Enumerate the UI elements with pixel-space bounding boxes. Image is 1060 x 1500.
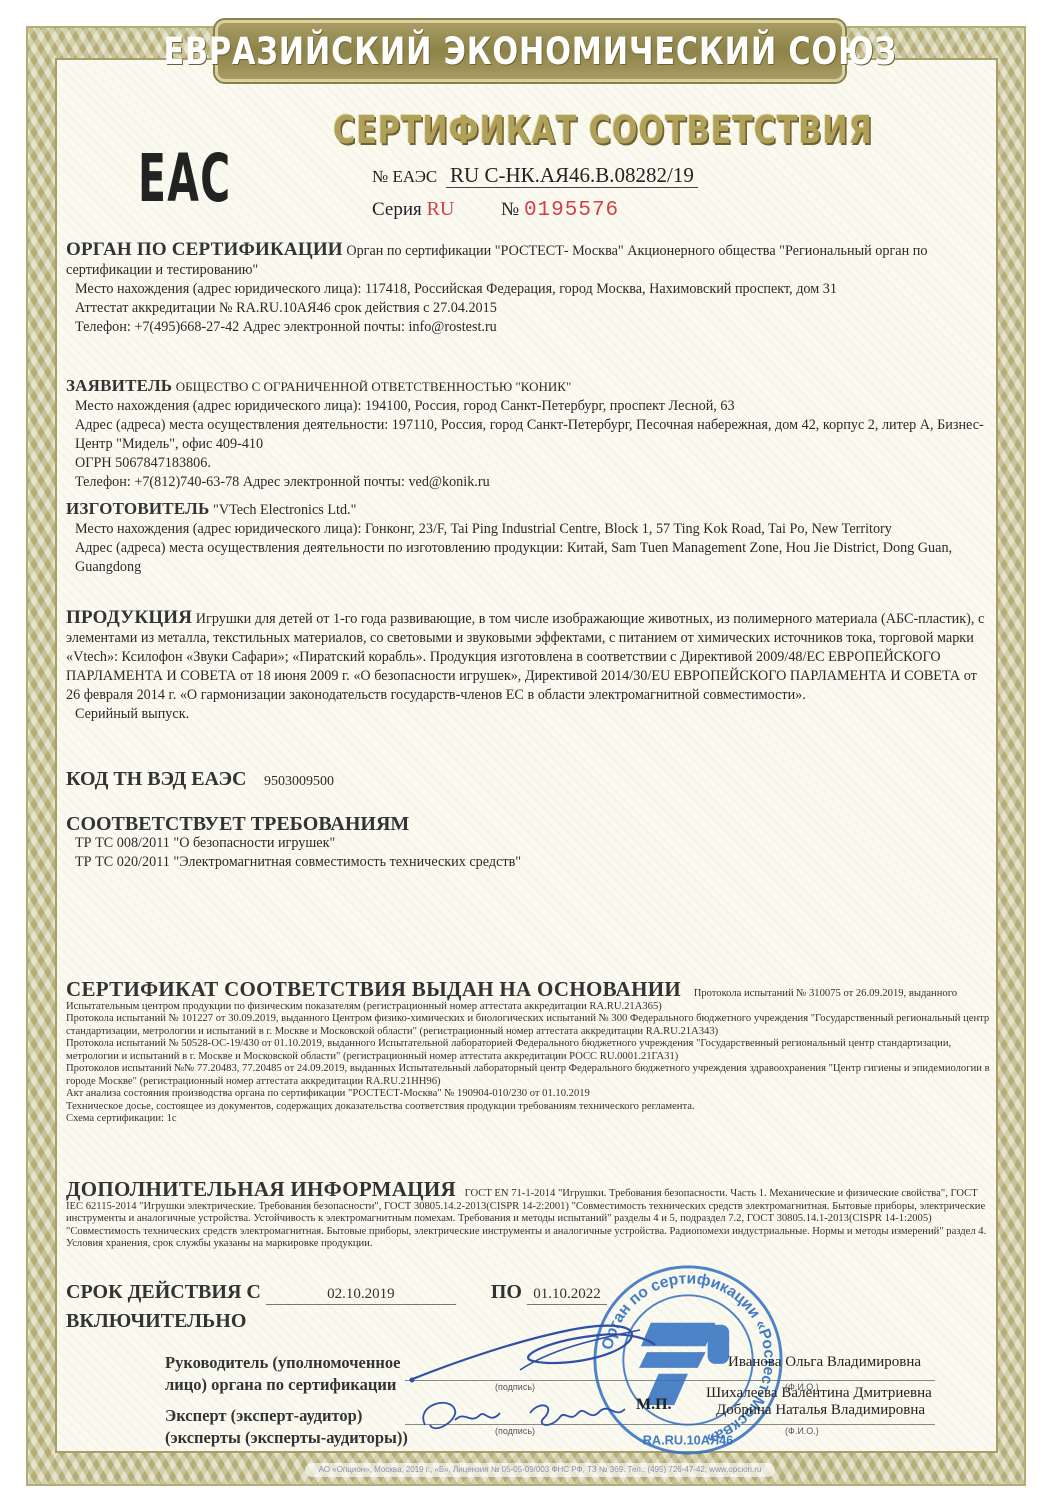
head-name: Иванова Ольга Владимировна [728, 1354, 921, 1371]
basis-scheme: Схема сертификации: 1с [66, 1113, 991, 1126]
applicant-legal-address: Место нахождения (адрес юридического лиц… [66, 397, 986, 416]
series-label: Серия [372, 199, 422, 220]
expert-signature-icon [410, 1395, 650, 1445]
certificate-number: № ЕАЭС RU С-НК.АЯ46.В.08282/19 [372, 163, 698, 188]
additional-info-heading: ДОПОЛНИТЕЛЬНАЯ ИНФОРМАЦИЯ [66, 1177, 456, 1201]
basis-protocol: Протокола испытаний № 101227 от 30.09.20… [66, 1013, 991, 1038]
product-section: ПРОДУКЦИЯ Игрушки для детей от 1-го года… [66, 608, 986, 724]
expert-name: Шихалеева Валентина Дмитриевна [706, 1385, 932, 1402]
certification-body-section: ОРГАН ПО СЕРТИФИКАЦИИ Орган по сертифика… [66, 240, 986, 337]
hs-code-value: 9503009500 [264, 774, 334, 789]
applicant-heading: ЗАЯВИТЕЛЬ [66, 376, 172, 395]
applicant-name: ОБЩЕСТВО С ОГРАНИЧЕННОЙ ОТВЕТСТВЕННОСТЬЮ… [176, 379, 572, 394]
hs-code-heading: КОД ТН ВЭД ЕАЭС [66, 768, 247, 790]
basis-technical-file: Техническое досье, состоящее из документ… [66, 1101, 991, 1114]
manufacturer-production-address: Адрес (адреса) места осуществления деяте… [66, 539, 986, 577]
union-banner-text: ЕВРАЗИЙСКИЙ ЭКОНОМИЧЕСКИЙ СОЮЗ [163, 30, 896, 73]
basis-protocol: Протоколов испытаний №№ 77.20483, 77.204… [66, 1063, 991, 1088]
certification-body-address: Место нахождения (адрес юридического лиц… [66, 280, 986, 299]
additional-info-section: ДОПОЛНИТЕЛЬНАЯ ИНФОРМАЦИЯ ГОСТ EN 71-1-2… [66, 1183, 991, 1251]
validity-from-label: СРОК ДЕЙСТВИЯ С [66, 1281, 261, 1303]
manufacturer-legal-address: Место нахождения (адрес юридического лиц… [66, 520, 986, 539]
certification-body-heading: ОРГАН ПО СЕРТИФИКАЦИИ [66, 239, 343, 260]
basis-heading: СЕРТИФИКАТ СООТВЕТСТВИЯ ВЫДАН НА ОСНОВАН… [66, 977, 681, 1001]
hs-code-section: КОД ТН ВЭД ЕАЭС 9503009500 [66, 770, 986, 791]
expert-signatory-label: Эксперт (эксперт-аудитор) (эксперты (экс… [165, 1405, 408, 1449]
product-description: Игрушки для детей от 1-го года развивающ… [66, 611, 984, 703]
certificate-number-value: RU С-НК.АЯ46.В.08282/19 [446, 163, 698, 188]
eac-logo: ЕАС [138, 140, 231, 217]
certification-body-contacts: Телефон: +7(495)668-27-42 Адрес электрон… [66, 318, 986, 337]
expert-name: Добрина Наталья Владимировна [716, 1402, 925, 1419]
basis-production-analysis: Акт анализа состояния производства орган… [66, 1088, 991, 1101]
union-banner: ЕВРАЗИЙСКИЙ ЭКОНОМИЧЕСКИЙ СОЮЗ [215, 20, 845, 82]
stamp-code: RA.RU.10АЯ46 [643, 1432, 734, 1447]
basis-section: СЕРТИФИКАТ СООТВЕТСТВИЯ ВЫДАН НА ОСНОВАН… [66, 983, 991, 1126]
validity-inclusive: ВКЛЮЧИТЕЛЬНО [66, 1310, 246, 1333]
manufacturer-name: "VTech Electronics Ltd." [213, 502, 356, 518]
applicant-section: ЗАЯВИТЕЛЬ ОБЩЕСТВО С ОГРАНИЧЕННОЙ ОТВЕТС… [66, 376, 986, 492]
fio-caption: (Ф.И.О.) [785, 1426, 819, 1436]
series-value: RU [427, 198, 455, 220]
form-number: 0195576 [524, 199, 619, 222]
head-signatory-label: Руководитель (уполномоченное лицо) орган… [165, 1352, 400, 1396]
certificate-number-label: № ЕАЭС [372, 167, 437, 186]
series-block: Серия RU № 0195576 [372, 198, 619, 222]
certification-body-accreditation: Аттестат аккредитации № RA.RU.10АЯ46 сро… [66, 299, 986, 318]
head-signature-icon [400, 1300, 660, 1390]
requirements-section: СООТВЕТСТВУЕТ ТРЕБОВАНИЯМ ТР ТС 008/2011… [66, 815, 986, 872]
manufacturer-section: ИЗГОТОВИТЕЛЬ "VTech Electronics Ltd." Ме… [66, 499, 986, 577]
applicant-activity-address: Адрес (адреса) места осуществления деяте… [66, 416, 986, 454]
product-serial: Серийный выпуск. [66, 705, 986, 724]
applicant-contacts: Телефон: +7(812)740-63-78 Адрес электрон… [66, 473, 986, 492]
requirements-heading: СООТВЕТСТВУЕТ ТРЕБОВАНИЯМ [66, 815, 986, 834]
requirement-item: ТР ТС 008/2011 "О безопасности игрушек" [66, 834, 986, 853]
manufacturer-heading: ИЗГОТОВИТЕЛЬ [66, 499, 209, 518]
requirement-item: ТР ТС 020/2011 "Электромагнитная совмест… [66, 853, 986, 872]
form-number-label: № [501, 199, 519, 220]
certificate-title: СЕРТИФИКАТ СООТВЕТСТВИЯ [333, 108, 717, 152]
product-heading: ПРОДУКЦИЯ [66, 607, 192, 628]
basis-protocol: Протокола испытаний № 50528-ОС-19/430 от… [66, 1038, 991, 1063]
printer-imprint: АО «Опцион», Москва, 2019 г., «Б», Лицен… [305, 1463, 775, 1477]
applicant-ogrn: ОГРН 5067847183806. [66, 454, 986, 473]
